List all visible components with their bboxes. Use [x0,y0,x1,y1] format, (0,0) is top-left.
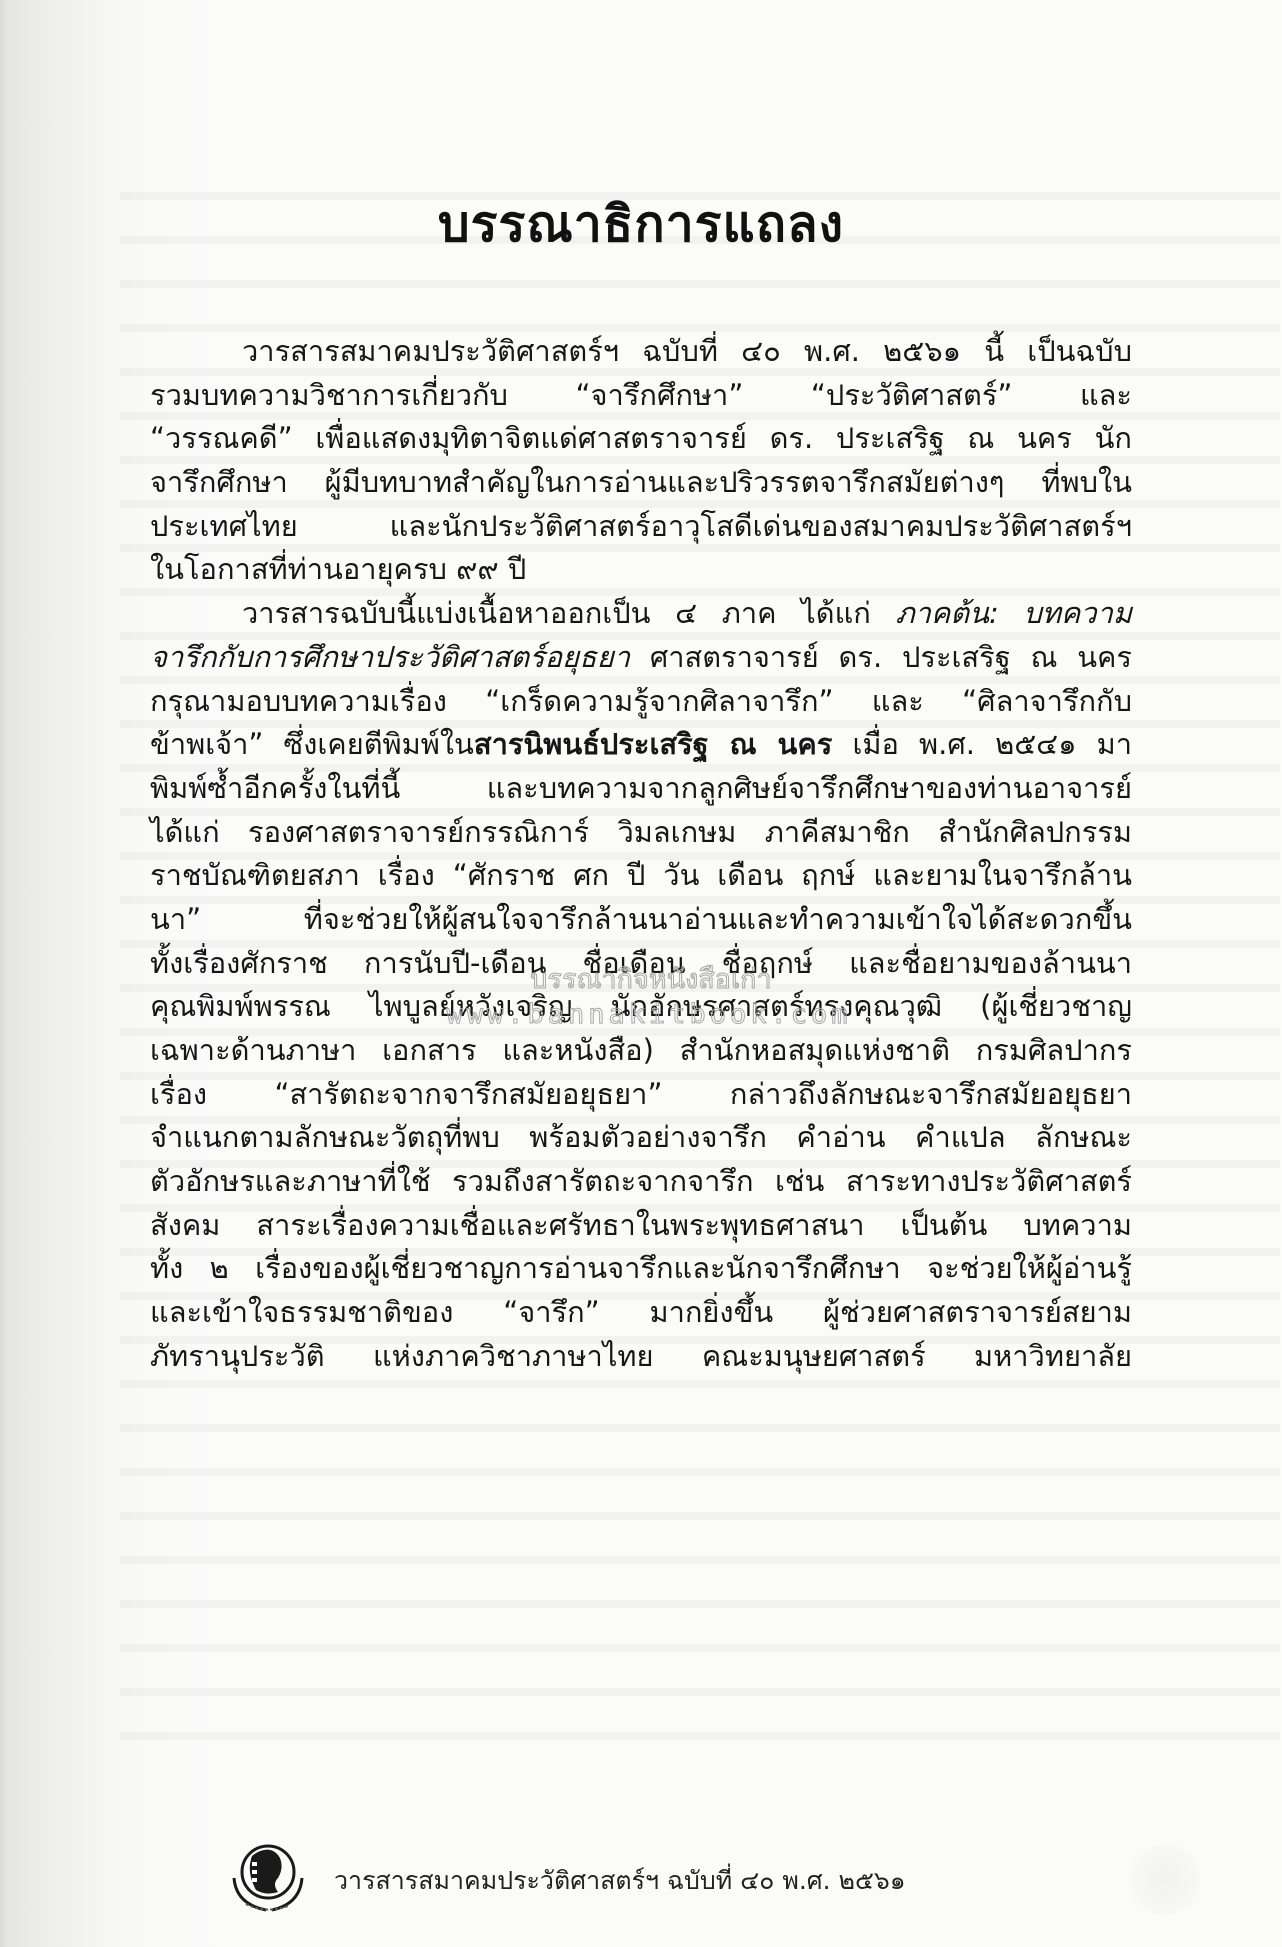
running-footer-title: วารสารสมาคมประวัติศาสตร์ฯ ฉบับที่ ๔๐ พ.ศ… [334,1861,906,1901]
text-line: วารสารสมาคมประวัติศาสตร์ฯ ฉบับที่ ๔๐ พ.ศ… [150,330,1132,374]
text-line: วารสารฉบับนี้แบ่งเนื้อหาออกเป็น ๔ ภาค ได… [150,592,1132,636]
text-line: ราชบัณฑิตยสภา เรื่อง “ศักราช ศก ปี วัน เ… [150,854,1132,898]
text-line: ตัวอักษรและภาษาที่ใช้ รวมถึงสารัตถะจากจา… [150,1160,1132,1204]
text-line: ในโอกาสที่ท่านอายุครบ ๙๙ ปี [150,548,1132,592]
page-footer: วารสารสมาคมประวัติศาสตร์ฯ ฉบับที่ ๔๐ พ.ศ… [222,1838,906,1918]
text-line: ข้าพเจ้า” ซึ่งเคยตีพิมพ์ในสารนิพนธ์ประเส… [150,723,1132,767]
text-line: สังคม สาระเรื่องความเชื่อและศรัทธาในพระพ… [150,1204,1132,1248]
text-line: ทั้งเรื่องศักราช การนับปี-เดือน ชื่อเดือ… [150,942,1132,986]
text-line: ทั้ง ๒ เรื่องของผู้เชี่ยวชาญการอ่านจารึก… [150,1247,1132,1291]
text-line: และเข้าใจธรรมชาติของ “จารึก” มากยิ่งขึ้น… [150,1291,1132,1335]
text-line: ประเทศไทย และนักประวัติศาสตร์อาวุโสดีเด่… [150,505,1132,549]
text-run: วารสารฉบับนี้แบ่งเนื้อหาออกเป็น ๔ ภาค ได… [242,596,896,630]
text-line: จารึกกับการศึกษาประวัติศาสตร์อยุธยา ศาสต… [150,636,1132,680]
text-line: ได้แก่ รองศาสตราจารย์กรรณิการ์ วิมลเกษม … [150,811,1132,855]
text-line: กรุณามอบบทความเรื่อง “เกร็ดความรู้จากศิล… [150,680,1132,724]
italic-section-title: จารึกกับการศึกษาประวัติศาสตร์อยุธยา [150,640,630,674]
text-run: เมื่อ พ.ศ. ๒๕๔๑ มา [832,727,1132,761]
society-emblem-icon [222,1838,310,1918]
text-line: คุณพิมพ์พรรณ ไพบูลย์หวังเจริญ นักอักษรศา… [150,985,1132,1029]
text-run: ข้าพเจ้า” ซึ่งเคยตีพิมพ์ใน [150,727,474,761]
text-line: จำแนกตามลักษณะวัตถุที่พบ พร้อมตัวอย่างจา… [150,1116,1132,1160]
text-line: เฉพาะด้านภาษา เอกสาร และหนังสือ) สำนักหอ… [150,1029,1132,1073]
text-line: พิมพ์ซ้ำอีกครั้งในที่นี้ และบทความจากลูก… [150,767,1132,811]
bleed-through-emblem [1130,1840,1200,1920]
text-line: นา” ที่จะช่วยให้ผู้สนใจจารึกล้านนาอ่านแล… [150,898,1132,942]
italic-section-title: ภาคต้น: บทความ [896,596,1133,630]
text-run: ศาสตราจารย์ ดร. ประเสริฐ ณ นคร [630,640,1132,674]
text-line: “วรรณคดี” เพื่อแสดงมุทิตาจิตแด่ศาสตราจาร… [150,417,1132,461]
text-line: รวมบทความวิชาการเกี่ยวกับ “จารึกศึกษา” “… [150,374,1132,418]
text-line: เรื่อง “สารัตถะจากจารึกสมัยอยุธยา” กล่าว… [150,1073,1132,1117]
page-title: บรรณาธิการแถลง [0,185,1282,264]
text-line: จารึกศึกษา ผู้มีบทบาทสำคัญในการอ่านและปร… [150,461,1132,505]
bold-book-title: สารนิพนธ์ประเสริฐ ณ นคร [474,727,832,761]
text-line: ภัทรานุประวัติ แห่งภาควิชาภาษาไทย คณะมนุ… [150,1335,1132,1379]
article-body: วารสารสมาคมประวัติศาสตร์ฯ ฉบับที่ ๔๐ พ.ศ… [150,330,1132,1379]
